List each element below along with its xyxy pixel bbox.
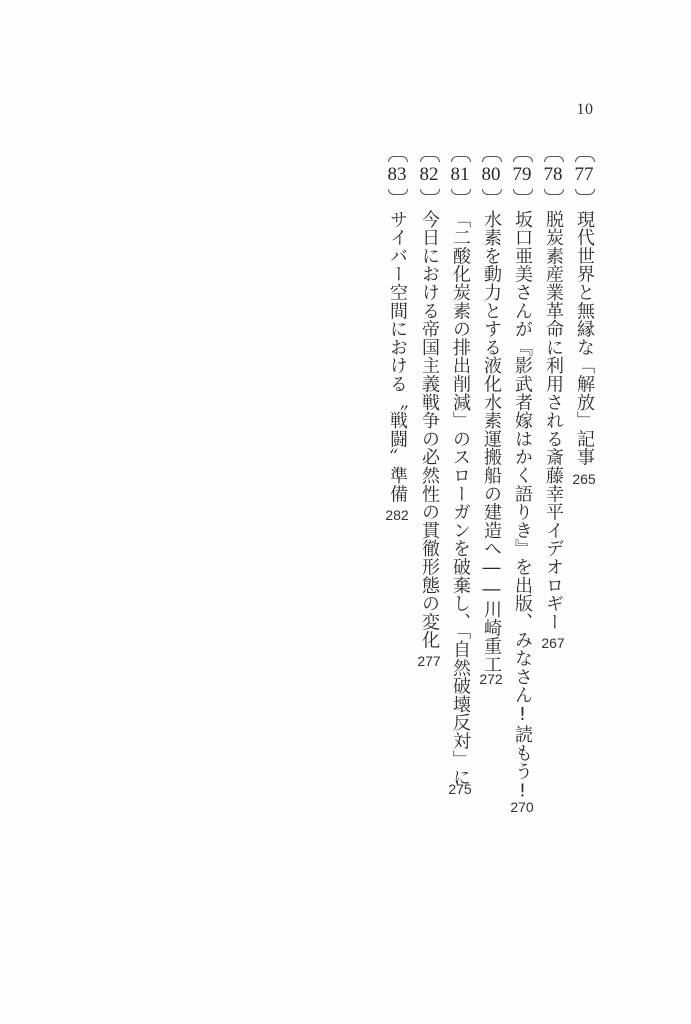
bracket-bottom-icon — [575, 189, 595, 195]
entry-title: 坂口亜美さんが『影武者嫁はかく語りき』を出版、みなさん!読もう! — [510, 210, 534, 802]
entry-number-label: 82 — [414, 164, 444, 186]
entry-page-number: 265 — [567, 471, 601, 487]
bracket-top-icon — [388, 156, 408, 162]
entry-number-label: 80 — [476, 164, 506, 186]
bracket-bottom-icon — [420, 189, 440, 195]
bracket-bottom-icon — [513, 189, 533, 195]
entry-title: 今日における帝国主義戦争の必然性の貫徹形態の変化 — [417, 210, 441, 649]
entry-number: 82 — [414, 155, 444, 197]
bracket-bottom-icon — [388, 189, 408, 195]
entry-number: 81 — [445, 155, 475, 197]
entry-number: 80 — [476, 155, 506, 197]
entry-number-label: 83 — [382, 164, 412, 186]
bracket-top-icon — [575, 156, 595, 162]
entry-title: 脱炭素産業革命に利用される斎藤幸平イデオロギー — [541, 210, 565, 631]
entry-number-label: 81 — [445, 164, 475, 186]
entry-number: 83 — [382, 155, 412, 197]
entry-number-label: 78 — [538, 164, 568, 186]
entry-page-number: 282 — [380, 507, 414, 523]
entry-number-label: 77 — [569, 164, 599, 186]
bracket-bottom-icon — [451, 189, 471, 195]
entry-page-number: 275 — [443, 781, 477, 797]
entry-number-label: 79 — [507, 164, 537, 186]
entry-page-number: 277 — [412, 653, 446, 669]
entry-page-number: 270 — [505, 799, 539, 815]
entry-page-number: 272 — [474, 671, 508, 687]
bracket-bottom-icon — [544, 189, 564, 195]
bracket-top-icon — [420, 156, 440, 162]
page-number: 10 — [570, 101, 600, 119]
bracket-top-icon — [451, 156, 471, 162]
bracket-top-icon — [513, 156, 533, 162]
entry-number: 78 — [538, 155, 568, 197]
entry-page-number: 267 — [536, 635, 570, 651]
bracket-top-icon — [544, 156, 564, 162]
entry-number: 77 — [569, 155, 599, 197]
entry-title: 現代世界と無縁な「解放」記事 — [572, 210, 596, 466]
bracket-bottom-icon — [482, 189, 502, 195]
entry-title: 「二酸化炭素の排出削減」のスローガンを破棄し、「自然破壊反対」に — [448, 210, 472, 787]
entry-number: 79 — [507, 155, 537, 197]
bracket-top-icon — [482, 156, 502, 162]
entry-title: サイバー空間における〝戦闘〟準備 — [385, 210, 409, 503]
entry-title: 水素を動力とする液化水素運搬船の建造へ――川崎重工 — [479, 210, 503, 674]
